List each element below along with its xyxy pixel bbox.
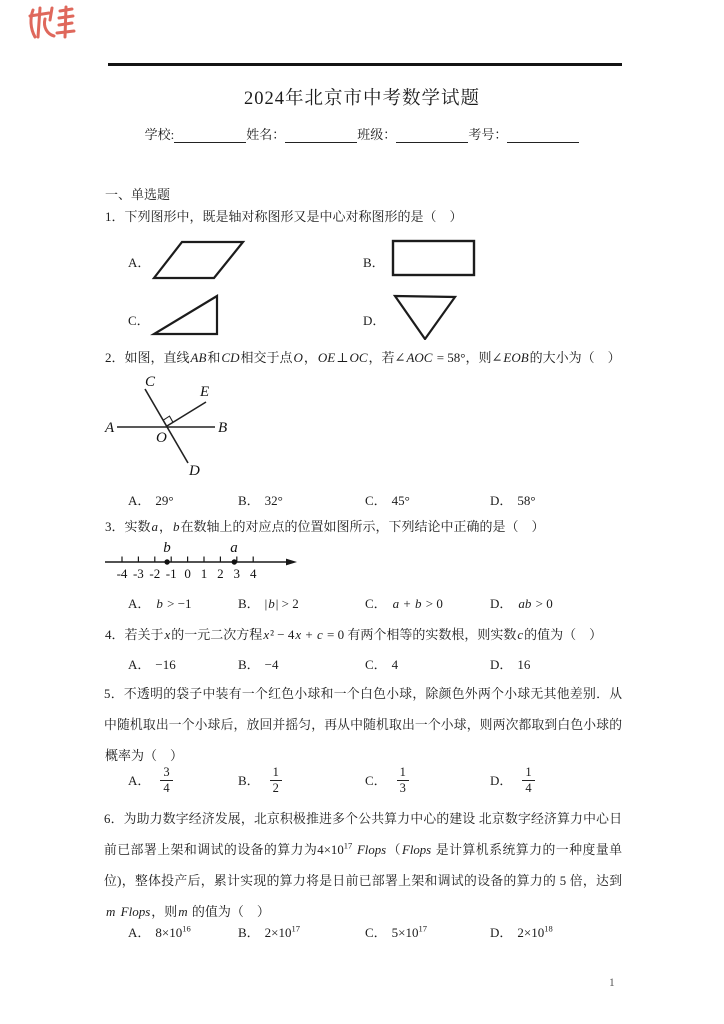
fraction: 13 xyxy=(397,765,409,795)
figure-label-b: B xyxy=(218,420,227,436)
section-title: 一、单选题 xyxy=(105,184,170,203)
tick-label: 4 xyxy=(250,566,257,581)
fraction-denominator: 2 xyxy=(270,780,282,795)
fraction-numerator: 3 xyxy=(160,765,172,779)
option-label: A． xyxy=(128,925,150,940)
inverted-triangle-shape xyxy=(392,292,460,340)
red-seal-icon xyxy=(26,4,76,44)
fraction: 12 xyxy=(270,765,282,795)
point-b-dot xyxy=(164,559,169,564)
option-label: B． xyxy=(238,925,260,940)
q6-option-c: C．5×1017 xyxy=(365,922,427,941)
option-label: A． xyxy=(128,493,150,508)
q1-option-a-label: A． xyxy=(128,252,150,271)
option-value: 4 xyxy=(392,657,399,672)
fraction-numerator: 1 xyxy=(270,765,282,779)
q3-option-c: C．a + b > 0 xyxy=(365,593,443,612)
parallelogram-shape xyxy=(150,236,250,282)
tick-label: 2 xyxy=(217,566,224,581)
right-angle-mark xyxy=(164,416,173,422)
q5-option-d: D．14 xyxy=(490,762,535,800)
q1-option-b-label: B． xyxy=(363,252,385,271)
exam-number-blank-line xyxy=(507,128,579,143)
point-a-dot xyxy=(232,559,237,564)
option-value: 16 xyxy=(517,657,530,672)
tick-label: 0 xyxy=(184,566,191,581)
q3-stem: 3．实数a，b在数轴上的对应点的位置如图所示，下列结论中正确的是（ ） xyxy=(105,516,545,535)
option-label: C． xyxy=(365,773,387,788)
option-value: 29° xyxy=(155,493,173,508)
q2-stem: 2．如图，直线AB和CD相交于点O，OE⊥OC，若∠AOC = 58°，则∠EO… xyxy=(105,347,621,366)
q3-option-d: D．ab > 0 xyxy=(490,593,553,612)
class-blank-line xyxy=(396,128,468,143)
fraction: 14 xyxy=(522,765,534,795)
q6-option-b: B．2×1017 xyxy=(238,922,300,941)
q4-option-c: C．4 xyxy=(365,654,398,673)
q6-line-1: 6．为助力数字经济发展，北京积极推进多个公共算力中心的建设 北京数字经济算力中心… xyxy=(104,808,622,827)
exam-number-field-label: 考号： xyxy=(468,124,507,143)
q1-option-d-label: D． xyxy=(363,310,385,329)
option-label: B． xyxy=(238,493,260,508)
q5-line-2: 中随机取出一个小球后，放回并摇匀，再从中随机取出一个小球，则两次都取到白色小球的 xyxy=(104,714,622,733)
arrowhead-icon xyxy=(286,559,297,566)
tick-label: 1 xyxy=(201,566,208,581)
class-field-label: 班级： xyxy=(357,124,396,143)
tick-label: -2 xyxy=(149,566,160,581)
option-value: −16 xyxy=(155,657,175,672)
tick-label: -1 xyxy=(166,566,177,581)
option-label: D． xyxy=(490,657,512,672)
right-triangle-shape xyxy=(150,292,222,337)
number-line-figure: -4 -3 -2 -1 0 1 2 3 4 b a xyxy=(102,540,300,586)
fraction-denominator: 3 xyxy=(397,780,409,795)
q2-option-a: A．29° xyxy=(128,490,174,509)
option-value: 8×1016 xyxy=(155,925,190,940)
figure-label-e: E xyxy=(199,384,209,400)
option-label: C． xyxy=(365,657,387,672)
q4-option-b: B．−4 xyxy=(238,654,279,673)
q4-stem: 4．若关于x的一元二次方程x² − 4x + c = 0 有两个相等的实数根，则… xyxy=(105,624,602,643)
tick-label: -4 xyxy=(117,566,128,581)
option-value: −4 xyxy=(265,657,279,672)
option-value: 32° xyxy=(265,493,283,508)
option-label: D． xyxy=(490,596,512,611)
q6-option-d: D．2×1018 xyxy=(490,922,553,941)
q3-option-a: A．b > −1 xyxy=(128,593,192,612)
q5-line-1: 5．不透明的袋子中装有一个红色小球和一个白色小球，除颜色外两个小球无其他差别．从 xyxy=(104,683,622,702)
figure-label-c: C xyxy=(145,374,156,390)
option-label: D． xyxy=(490,925,512,940)
q6-line-3: 位)，整体投产后，累计实现的算力将是日前已部署上架和调试的设备的算力的 5 倍，… xyxy=(104,870,622,889)
option-label: B． xyxy=(238,773,260,788)
option-value: |b| > 2 xyxy=(265,596,299,611)
top-divider-rule xyxy=(108,63,622,66)
option-label: B． xyxy=(238,657,260,672)
q6-line-2: 前已部署上架和调试的设备的算力为4×1017 Flops（Flops 是计算机系… xyxy=(104,839,622,858)
q5-option-a: A．34 xyxy=(128,762,173,800)
q5-option-b: B．12 xyxy=(238,762,282,800)
option-value: 45° xyxy=(392,493,410,508)
q6-option-a: A．8×1016 xyxy=(128,922,191,941)
option-label: B． xyxy=(238,596,260,611)
option-value: b > −1 xyxy=(155,596,191,611)
point-a-label: a xyxy=(230,540,238,556)
option-label: C． xyxy=(365,493,387,508)
rectangle-shape xyxy=(391,239,477,278)
q1-stem: 1．下列图形中，既是轴对称图形又是中心对称图形的是（ ） xyxy=(105,206,463,225)
option-value: 58° xyxy=(517,493,535,508)
q3-option-b: B．|b| > 2 xyxy=(238,593,299,612)
option-label: C． xyxy=(365,596,387,611)
option-value: a + b > 0 xyxy=(392,596,443,611)
tick-label: 3 xyxy=(234,566,241,581)
q2-option-c: C．45° xyxy=(365,490,410,509)
option-value: 5×1017 xyxy=(392,925,427,940)
q2-option-b: B．32° xyxy=(238,490,283,509)
option-label: A． xyxy=(128,596,150,611)
page-title: 2024年北京市中考数学试题 xyxy=(104,84,620,110)
q4-option-d: D．16 xyxy=(490,654,530,673)
q4-option-a: A．−16 xyxy=(128,654,176,673)
option-label: A． xyxy=(128,657,150,672)
fraction: 34 xyxy=(160,765,172,795)
option-label: A． xyxy=(128,773,150,788)
fraction-denominator: 4 xyxy=(160,780,172,795)
header-fields: 学校: 姓名： 班级： 考号： xyxy=(104,124,620,143)
tick-label: -3 xyxy=(133,566,144,581)
option-label: C． xyxy=(365,925,387,940)
exam-page: 2024年北京市中考数学试题 学校: 姓名： 班级： 考号： 一、单选题 1．下… xyxy=(0,0,724,1024)
page-number: 1 xyxy=(609,977,615,989)
figure-label-a: A xyxy=(104,420,115,436)
option-value: 2×1018 xyxy=(517,925,552,940)
school-blank-line xyxy=(174,128,246,143)
name-field-label: 姓名： xyxy=(246,124,285,143)
option-label: D． xyxy=(490,493,512,508)
option-value: ab > 0 xyxy=(517,596,552,611)
figure-label-o: O xyxy=(156,430,167,446)
option-label: D． xyxy=(490,773,512,788)
point-b-label: b xyxy=(163,540,171,556)
q5-option-c: C．13 xyxy=(365,762,409,800)
intersecting-lines-figure: A B C D E O xyxy=(103,373,238,481)
name-blank-line xyxy=(285,128,357,143)
q2-option-d: D．58° xyxy=(490,490,536,509)
fraction-numerator: 1 xyxy=(397,765,409,779)
figure-label-d: D xyxy=(188,463,200,479)
q6-line-4: m Flops，则m 的值为（ ） xyxy=(105,901,270,920)
fraction-numerator: 1 xyxy=(522,765,534,779)
q1-option-c-label: C． xyxy=(128,310,150,329)
fraction-denominator: 4 xyxy=(522,780,534,795)
school-field-label: 学校: xyxy=(145,124,175,143)
option-value: 2×1017 xyxy=(265,925,300,940)
